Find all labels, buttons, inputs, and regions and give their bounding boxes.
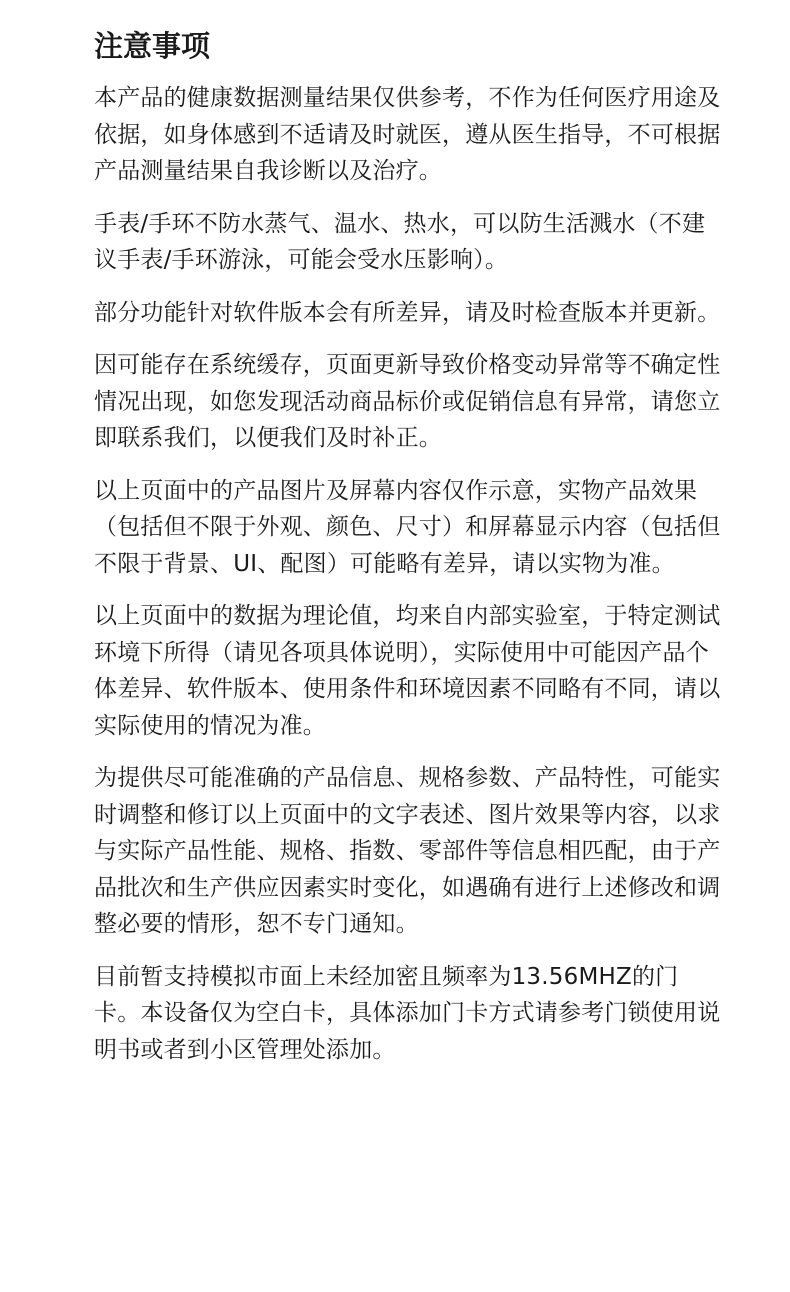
notice-paragraph-door-card: 目前暂支持模拟市面上未经加密且频率为13.56MHZ的门卡。本设备仅为空白卡，具… [94, 959, 724, 1069]
notice-paragraph-price: 因可能存在系统缓存，页面更新导致价格变动异常等不确定性情况出现，如您发现活动商品… [94, 347, 724, 457]
notice-paragraph-software: 部分功能针对软件版本会有所差异，请及时检查版本并更新。 [94, 295, 724, 332]
notice-paragraph-images: 以上页面中的产品图片及屏幕内容仅作示意，实物产品效果（包括但不限于外观、颜色、尺… [94, 473, 724, 583]
notice-paragraph-health: 本产品的健康数据测量结果仅供参考，不作为任何医疗用途及依据，如身体感到不适请及时… [94, 80, 724, 190]
notice-paragraph-revisions: 为提供尽可能准确的产品信息、规格参数、产品特性，可能实时调整和修订以上页面中的文… [94, 760, 724, 943]
notice-paragraph-waterproof: 手表/手环不防水蒸气、温水、热水，可以防生活溅水（不建议手表/手环游泳，可能会受… [94, 206, 724, 279]
page-title: 注意事项 [94, 24, 724, 68]
notice-paragraph-data: 以上页面中的数据为理论值，均来自内部实验室，于特定测试环境下所得（请见各项具体说… [94, 598, 724, 744]
notice-section: 注意事项 本产品的健康数据测量结果仅供参考，不作为任何医疗用途及依据，如身体感到… [94, 24, 724, 1084]
